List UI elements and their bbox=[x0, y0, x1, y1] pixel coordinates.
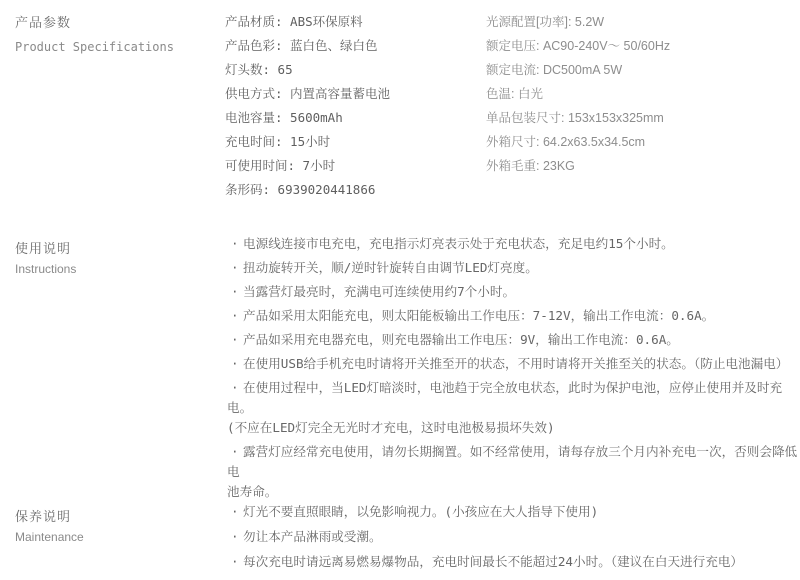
spec-row: 供电方式: 内置高容量蓄电池 bbox=[225, 82, 480, 106]
spec-row: 条形码: 6939020441866 bbox=[225, 178, 480, 202]
spec-row: 产品材质: ABS环保原料 bbox=[225, 10, 480, 34]
bullet-icon: · bbox=[227, 552, 243, 572]
usage-title-zh: 使用说明 bbox=[15, 238, 71, 257]
maintenance-section: 保养说明 Maintenance ·灯光不要直照眼睛，以免影响视力。(小孩应在大… bbox=[0, 502, 800, 580]
bullet-icon: · bbox=[227, 502, 243, 522]
bullet-icon: · bbox=[227, 258, 243, 278]
maintenance-title-en: Maintenance bbox=[15, 530, 84, 544]
bullet-item: ·在使用USB给手机充电时请将开关推至开的状态，不用时请将开关推至关的状态。（防… bbox=[227, 354, 799, 374]
bullet-item: ·电源线连接市电充电，充电指示灯亮表示处于充电状态，充足电约15个小时。 bbox=[227, 234, 799, 254]
spec-row: 外箱尺寸: 64.2x63.5x34.5cm bbox=[486, 130, 796, 154]
bullet-text: 产品如采用太阳能充电，则太阳能板输出工作电压：7-12V，输出工作电流：0.6A… bbox=[243, 308, 714, 323]
bullet-text: 当露营灯最亮时，充满电可连续使用约7个小时。 bbox=[243, 284, 515, 299]
bullet-text: 产品如采用充电器充电，则充电器输出工作电压：9V，输出工作电流：0.6A。 bbox=[243, 332, 679, 347]
bullet-item: ·产品如采用充电器充电，则充电器输出工作电压：9V，输出工作电流：0.6A。 bbox=[227, 330, 799, 350]
bullet-icon: · bbox=[227, 378, 243, 398]
usage-instructions-section: 使用说明 Instructions ·电源线连接市电充电，充电指示灯亮表示处于充… bbox=[0, 233, 800, 499]
specs-title-en: Product Specifications bbox=[15, 40, 174, 54]
spec-row: 光源配置[功率]: 5.2W bbox=[486, 10, 796, 34]
bullet-icon: · bbox=[227, 527, 243, 547]
spec-row: 可使用时间: 7小时 bbox=[225, 154, 480, 178]
bullet-text: 在使用过程中，当LED灯暗淡时，电池趋于完全放电状态，此时为保护电池，应停止使用… bbox=[227, 380, 782, 435]
bullet-text: 灯光不要直照眼睛，以免影响视力。(小孩应在大人指导下使用) bbox=[243, 504, 598, 519]
bullet-item: ·当露营灯最亮时，充满电可连续使用约7个小时。 bbox=[227, 282, 799, 302]
bullet-icon: · bbox=[227, 330, 243, 350]
bullet-text: 扭动旋转开关，顺/逆时针旋转自由调节LED灯亮度。 bbox=[243, 260, 538, 275]
maintenance-bullet-list: ·灯光不要直照眼睛，以免影响视力。(小孩应在大人指导下使用) ·勿让本产品淋雨或… bbox=[227, 502, 799, 577]
spec-row: 色温: 白光 bbox=[486, 82, 796, 106]
bullet-item: ·产品如采用太阳能充电，则太阳能板输出工作电压：7-12V，输出工作电流：0.6… bbox=[227, 306, 799, 326]
bullet-icon: · bbox=[227, 442, 243, 462]
bullet-item: ·扭动旋转开关，顺/逆时针旋转自由调节LED灯亮度。 bbox=[227, 258, 799, 278]
bullet-item: ·灯光不要直照眼睛，以免影响视力。(小孩应在大人指导下使用) bbox=[227, 502, 799, 522]
bullet-text: 勿让本产品淋雨或受潮。 bbox=[243, 529, 382, 544]
bullet-item: ·露营灯应经常充电使用，请勿长期搁置。如不经常使用，请每存放三个月内补充电一次，… bbox=[227, 442, 799, 502]
specs-column-primary: 产品材质: ABS环保原料 产品色彩: 蓝白色、绿白色 灯头数: 65 供电方式… bbox=[225, 10, 480, 202]
usage-title-en: Instructions bbox=[15, 262, 76, 276]
bullet-icon: · bbox=[227, 306, 243, 326]
bullet-icon: · bbox=[227, 282, 243, 302]
bullet-text: 每次充电时请远离易燃易爆物品，充电时间最长不能超过24小时。（建议在白天进行充电… bbox=[243, 554, 743, 569]
spec-row: 额定电压: AC90-240V～ 50/60Hz bbox=[486, 34, 796, 58]
spec-row: 单品包装尺寸: 153x153x325mm bbox=[486, 106, 796, 130]
spec-row: 外箱毛重: 23KG bbox=[486, 154, 796, 178]
spec-row: 额定电流: DC500mA 5W bbox=[486, 58, 796, 82]
usage-bullet-list: ·电源线连接市电充电，充电指示灯亮表示处于充电状态，充足电约15个小时。 ·扭动… bbox=[227, 234, 799, 506]
product-specs-section: 产品参数 Product Specifications 产品材质: ABS环保原… bbox=[0, 0, 800, 233]
maintenance-title-zh: 保养说明 bbox=[15, 506, 71, 525]
bullet-text: 露营灯应经常充电使用，请勿长期搁置。如不经常使用，请每存放三个月内补充电一次，否… bbox=[227, 444, 797, 499]
specs-column-secondary: 光源配置[功率]: 5.2W 额定电压: AC90-240V～ 50/60Hz … bbox=[486, 10, 796, 178]
bullet-item: ·勿让本产品淋雨或受潮。 bbox=[227, 527, 799, 547]
bullet-item: ·每次充电时请远离易燃易爆物品，充电时间最长不能超过24小时。（建议在白天进行充… bbox=[227, 552, 799, 572]
spec-row: 灯头数: 65 bbox=[225, 58, 480, 82]
bullet-item: ·在使用过程中，当LED灯暗淡时，电池趋于完全放电状态，此时为保护电池，应停止使… bbox=[227, 378, 799, 438]
spec-row: 电池容量: 5600mAh bbox=[225, 106, 480, 130]
bullet-icon: · bbox=[227, 354, 243, 374]
spec-row: 充电时间: 15小时 bbox=[225, 130, 480, 154]
specs-title-zh: 产品参数 bbox=[15, 12, 71, 31]
bullet-text: 电源线连接市电充电，充电指示灯亮表示处于充电状态，充足电约15个小时。 bbox=[243, 236, 674, 251]
spec-row: 产品色彩: 蓝白色、绿白色 bbox=[225, 34, 480, 58]
bullet-text: 在使用USB给手机充电时请将开关推至开的状态，不用时请将开关推至关的状态。（防止… bbox=[243, 356, 788, 371]
bullet-icon: · bbox=[227, 234, 243, 254]
